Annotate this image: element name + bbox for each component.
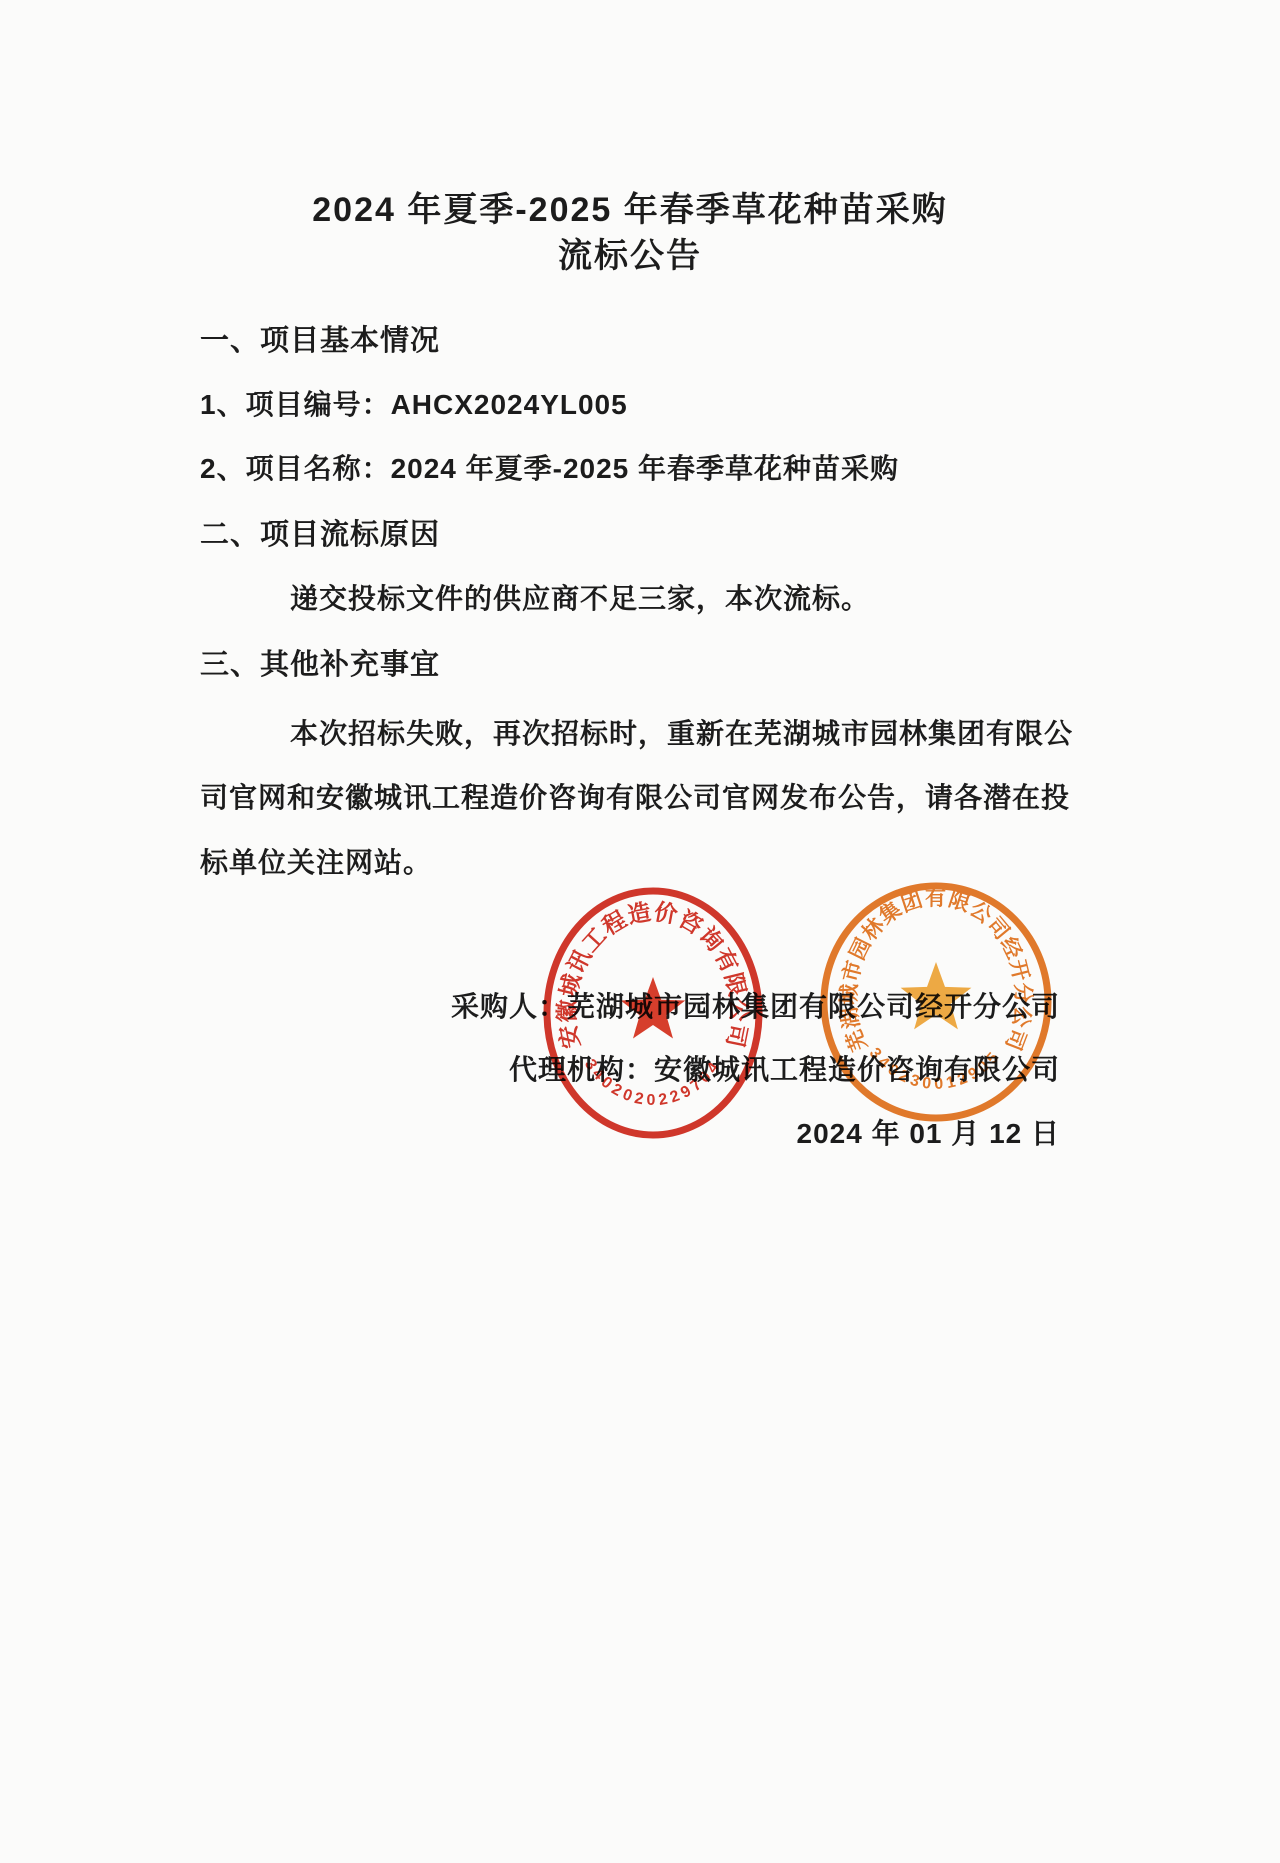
agency-stamp-star-icon: [621, 977, 686, 1039]
section3-body-line2: 司官网和安徽城讯工程造价咨询有限公司官网发布公告，请各潜在投: [200, 776, 1060, 816]
section3-body-line1: 本次招标失败，再次招标时，重新在芜湖城市园林集团有限公: [200, 712, 1060, 752]
section1-heading: 一、项目基本情况: [200, 318, 1060, 359]
scanned-document-page: 2024 年夏季-2025 年春季草花种苗采购 流标公告 一、项目基本情况 1、…: [0, 0, 1280, 1863]
section2-heading: 二、项目流标原因: [200, 512, 1060, 553]
section2-body: 递交投标文件的供应商不足三家，本次流标。: [200, 577, 1060, 617]
purchaser-company-stamp: 芜湖城市园林集团有限公司经开分公司 *3402300129056: [816, 872, 1056, 1132]
agency-company-stamp: 安徽城讯工程造价咨询有限公司 3402020229704: [533, 883, 773, 1143]
page-title-line1: 2024 年夏季-2025 年春季草花种苗采购: [200, 182, 1060, 231]
purchaser-stamp-star-icon: [901, 962, 972, 1029]
page-title-line2: 流标公告: [200, 228, 1060, 277]
section1-item-project-number: 1、项目编号：AHCX2024YL005: [200, 383, 1060, 423]
section1-item-project-name: 2、项目名称：2024 年夏季-2025 年春季草花种苗采购: [200, 447, 1060, 487]
section3-heading: 三、其他补充事宜: [200, 642, 1060, 683]
agency-stamp-number: 3402020229704: [581, 1056, 725, 1109]
